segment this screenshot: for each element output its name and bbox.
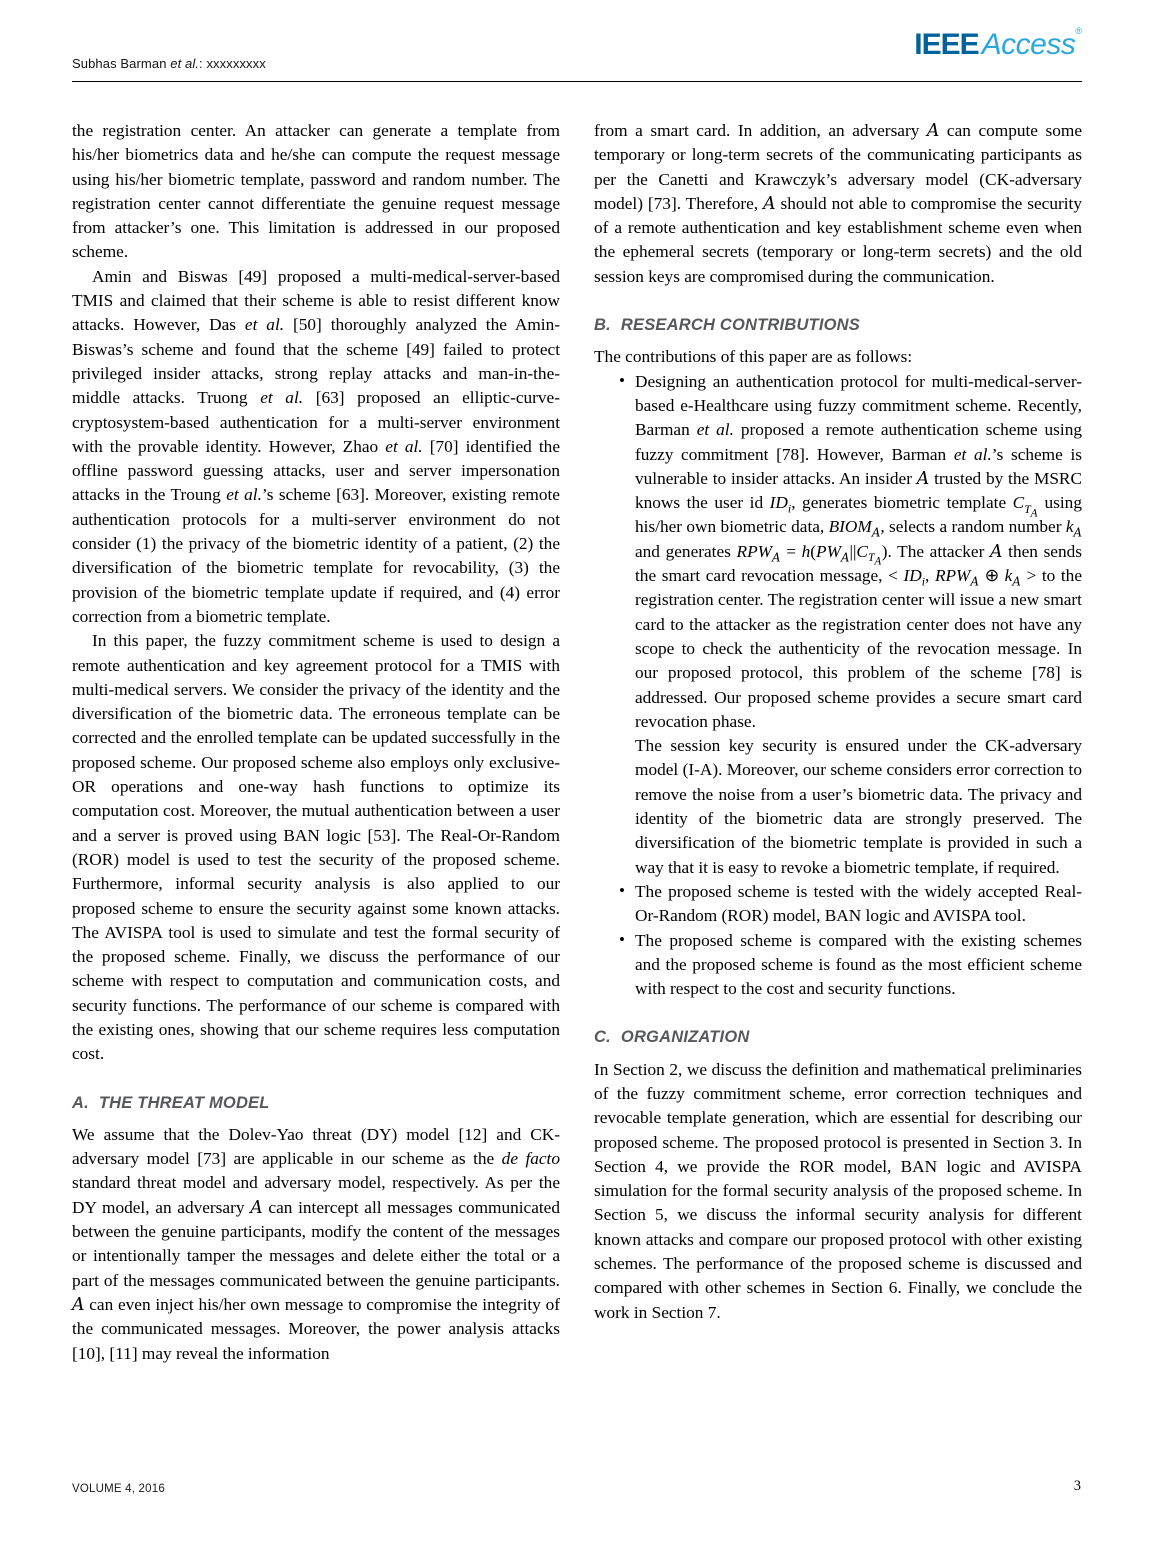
section-heading-threat-model: A.THE THREAT MODEL [72,1091,560,1115]
paragraph: The proposed scheme is tested with the w… [635,880,1082,929]
section-title: RESEARCH CONTRIBUTIONS [621,316,860,334]
list-item: • The proposed scheme is tested with the… [594,880,1082,929]
section-title: THE THREAT MODEL [99,1094,270,1112]
list-item: • Designing an authentication protocol f… [594,370,1082,880]
header-divider [72,81,1082,82]
contributions-list: • Designing an authentication protocol f… [594,370,1082,1002]
paragraph: In Section 2, we discuss the definition … [594,1058,1082,1325]
section-heading-organization: C.ORGANIZATION [594,1025,1082,1049]
running-head: Subhas Barman et al.: xxxxxxxxx [72,56,266,71]
paragraph: Amin and Biswas [49] proposed a multi-me… [72,265,560,629]
registered-mark-icon: ® [1075,26,1082,36]
access-logo-text: Access [982,28,1076,61]
paragraph: Designing an authentication protocol for… [635,370,1082,734]
paragraph: The proposed scheme is compared with the… [635,929,1082,1002]
section-label: A. [72,1094,89,1112]
paragraph: The contributions of this paper are as f… [594,345,1082,369]
section-label: C. [594,1028,611,1046]
paragraph: The session key security is ensured unde… [635,734,1082,880]
footer-page-number: 3 [1074,1478,1081,1495]
bullet-icon: • [619,369,625,393]
list-item: • The proposed scheme is compared with t… [594,929,1082,1002]
left-column: the registration center. An attacker can… [72,119,560,1366]
section-title: ORGANIZATION [621,1028,750,1046]
section-heading-research-contributions: B.RESEARCH CONTRIBUTIONS [594,313,1082,337]
ieee-logo-text: IEEE [914,28,978,61]
ieee-access-logo: IEEEAccess® [914,27,1082,60]
paragraph: from a smart card. In addition, an adver… [594,119,1082,289]
footer-volume: VOLUME 4, 2016 [72,1483,165,1495]
paragraph: We assume that the Dolev-Yao threat (DY)… [72,1123,560,1366]
right-column: from a smart card. In addition, an adver… [594,119,1082,1325]
paragraph: In this paper, the fuzzy commitment sche… [72,629,560,1066]
paper-page: Subhas Barman et al.: xxxxxxxxx IEEEAcce… [0,0,1152,1566]
section-label: B. [594,316,611,334]
bullet-icon: • [619,879,625,903]
bullet-icon: • [619,928,625,952]
paragraph: the registration center. An attacker can… [72,119,560,265]
